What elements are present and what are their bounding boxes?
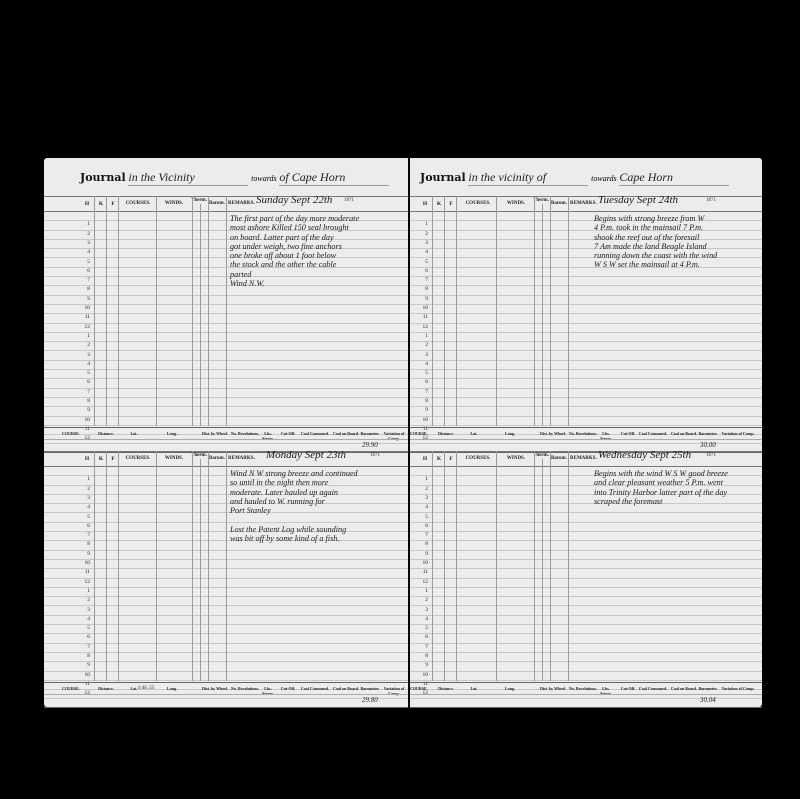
hour-number: 10	[410, 305, 428, 311]
hour-number: 1	[410, 588, 428, 594]
column-label: Coal Consumed.	[300, 431, 330, 436]
col-remarks: REMARKS.	[228, 201, 252, 206]
hour-number: 6	[44, 634, 90, 640]
hour-number: 10	[44, 672, 90, 678]
hour-number: 4	[44, 361, 90, 367]
entry-date: Wednesday Sept 25th	[598, 449, 691, 461]
remark-line: running down the coast with the wind	[594, 251, 717, 260]
hour-number: 8	[44, 653, 90, 659]
column-label: Long.	[162, 686, 182, 691]
column-label: Coal on Board.	[332, 686, 360, 691]
column-divider	[208, 451, 209, 681]
hour-number: 4	[44, 249, 90, 255]
hour-number: 7	[44, 644, 90, 650]
hour-number: 6	[410, 379, 428, 385]
column-label: Dist. by Wheel.	[538, 431, 568, 436]
column-label: COURSES.	[460, 456, 496, 461]
hour-number: 12	[410, 579, 428, 585]
remark-line: 4 P.m. took in the mainsail 7 P.m.	[594, 223, 717, 232]
column-label: H	[420, 456, 430, 462]
hour-number: 7	[410, 389, 428, 395]
column-divider	[534, 196, 535, 426]
title-towards: towards	[591, 174, 617, 183]
remark-line: moderate. Later hauled up again	[230, 488, 358, 497]
hour-number: 7	[410, 644, 428, 650]
hour-number: 6	[44, 523, 90, 529]
column-label: Cut-Off.	[278, 431, 298, 436]
entry-date: Tuesday Sept 24th	[598, 194, 678, 206]
remark-line: Begins with strong breeze from W	[594, 214, 717, 223]
column-divider	[456, 451, 457, 681]
column-label: Barom.	[208, 456, 226, 461]
hour-number: 7	[44, 277, 90, 283]
column-label: Lat.	[464, 431, 484, 436]
column-label: Barom.	[550, 456, 568, 461]
column-label: Coal on Board.	[670, 431, 698, 436]
hour-number: 5	[44, 625, 90, 631]
column-label: H	[420, 201, 430, 207]
column-label: Long.	[500, 431, 520, 436]
hour-number: 1	[410, 221, 428, 227]
column-divider	[496, 451, 497, 681]
remark-line: shook the reef out of the foresail	[594, 233, 717, 242]
remark-line: Lost the Patent Log while sounding	[230, 525, 358, 534]
column-label: WINDS.	[498, 201, 534, 206]
column-divider	[444, 451, 445, 681]
remark-line	[230, 515, 358, 524]
hour-number: 8	[44, 398, 90, 404]
column-label: No. Revolutions.	[230, 686, 260, 691]
hour-number: 1	[410, 476, 428, 482]
column-label: Distance.	[434, 431, 458, 436]
hour-number: 9	[410, 407, 428, 413]
column-divider	[432, 451, 433, 681]
column-divider	[550, 196, 551, 426]
hour-number: 8	[410, 286, 428, 292]
hour-number: 3	[410, 240, 428, 246]
column-divider	[550, 451, 551, 681]
journal-label: Journal	[80, 171, 126, 184]
title-destination: of Cape Horn	[279, 170, 345, 184]
remark-line: Port Stanley	[230, 506, 358, 515]
hour-number: 7	[410, 277, 428, 283]
column-label: F	[108, 456, 118, 462]
hour-number: 2	[44, 231, 90, 237]
hour-number: 11	[44, 569, 90, 575]
column-label: REMARKS.	[570, 456, 594, 461]
hour-number: 9	[44, 662, 90, 668]
column-label: F	[446, 456, 456, 462]
remark-line: and clear pleasant weather 5 P.m. went	[594, 478, 728, 487]
hour-number: 8	[410, 541, 428, 547]
latitude-value: S 46. 55	[138, 686, 154, 691]
column-label: No. Revolutions.	[230, 431, 260, 436]
column-label: COURSE.	[56, 686, 86, 691]
remark-line: Wind N W strong breeze and continued	[230, 469, 358, 478]
hour-number: 7	[410, 532, 428, 538]
column-divider	[226, 451, 227, 681]
title-destination: Cape Horn	[619, 170, 673, 184]
hour-number: 6	[44, 268, 90, 274]
remark-line: so until in the night then more	[230, 478, 358, 487]
hour-number: 1	[410, 333, 428, 339]
remark-line: into Trinity Harbor latter part of the d…	[594, 488, 728, 497]
column-divider	[106, 451, 107, 681]
daily-summary-row: COURSE. Distance. Lat. Long. Dist. by Wh…	[44, 682, 408, 708]
column-label: F	[446, 201, 456, 207]
hour-number: 11	[44, 314, 90, 320]
hour-number: 3	[44, 240, 90, 246]
remark-line: scraped the foremast	[594, 497, 728, 506]
hour-number: 1	[44, 476, 90, 482]
hour-number: 10	[44, 417, 90, 423]
hour-number: 5	[410, 625, 428, 631]
remark-line: Wind N.W.	[230, 279, 359, 288]
entry-date: Monday Sept 23th	[266, 449, 346, 461]
column-label: Long.	[500, 686, 520, 691]
hour-number: 12	[44, 324, 90, 330]
col-f: F	[108, 201, 118, 207]
column-divider	[118, 451, 119, 681]
column-label: No. Revolutions.	[568, 431, 598, 436]
entry-remarks: The first part of the day more moderate …	[230, 214, 359, 288]
daily-summary-row: COURSE. Distance. Lat. Long. Dist. by Wh…	[410, 682, 762, 708]
column-label: Coal Consumed.	[300, 686, 330, 691]
remark-line: 7 Am made the land Beagle Island	[594, 242, 717, 251]
remark-line: The first part of the day more moderate	[230, 214, 359, 223]
hour-number: 4	[410, 504, 428, 510]
hour-number: 6	[410, 634, 428, 640]
column-divider	[94, 451, 95, 681]
hour-number: 9	[410, 662, 428, 668]
col-barom: Barom.	[208, 201, 226, 206]
hour-number: 4	[410, 616, 428, 622]
column-label: COURSE.	[410, 431, 424, 436]
remark-line: and hauled to W. running for	[230, 497, 358, 506]
column-label: Barometer.	[360, 431, 380, 436]
column-label: Coal Consumed.	[638, 686, 668, 691]
column-label: Dist. by Wheel.	[538, 686, 568, 691]
hour-number: 9	[44, 551, 90, 557]
hour-number: 3	[44, 495, 90, 501]
hour-number: 2	[410, 597, 428, 603]
hour-number: 3	[410, 352, 428, 358]
column-divider	[496, 196, 497, 426]
page-title: Journal in the Vicinity towards of Cape …	[80, 170, 398, 190]
hour-number: 2	[410, 486, 428, 492]
hour-number: 9	[44, 407, 90, 413]
hour-number: 6	[410, 268, 428, 274]
hour-number: 3	[410, 495, 428, 501]
hour-number: 5	[44, 259, 90, 265]
remark-line: most ashore Killed 150 seal brought	[230, 223, 359, 232]
column-label: H	[82, 456, 92, 462]
column-label: Cut-Off.	[618, 431, 638, 436]
hour-number: 4	[44, 616, 90, 622]
hour-number: 5	[410, 259, 428, 265]
hour-number: 1	[44, 588, 90, 594]
column-divider	[456, 196, 457, 426]
right-page: Journal in the vicinity of towards Cape …	[410, 158, 762, 707]
hour-number: 7	[44, 389, 90, 395]
hour-number: 5	[410, 514, 428, 520]
hour-number: 4	[44, 504, 90, 510]
column-divider	[94, 196, 95, 426]
column-label: COURSES.	[120, 456, 156, 461]
column-label: Barometer.	[698, 431, 718, 436]
column-divider	[208, 196, 209, 426]
column-divider	[432, 196, 433, 426]
column-divider	[444, 196, 445, 426]
remark-line: one broke off about 1 foot below	[230, 251, 359, 260]
hour-number: 8	[410, 398, 428, 404]
hour-number: 2	[44, 597, 90, 603]
column-divider	[542, 459, 543, 681]
col-k: K	[96, 201, 106, 207]
column-label: Lat.	[124, 431, 144, 436]
entry-year: 1871	[370, 453, 380, 458]
hour-number: 2	[44, 342, 90, 348]
col-courses: COURSES.	[120, 201, 156, 206]
column-label: K	[434, 456, 444, 462]
barometer-value: 30.04	[700, 696, 716, 704]
column-label: K	[434, 201, 444, 207]
remark-line: the stock and the other the cable	[230, 260, 359, 269]
column-label: WINDS.	[498, 456, 534, 461]
column-label: Distance.	[94, 431, 118, 436]
column-divider	[542, 204, 543, 426]
entry-year: 1871	[706, 198, 716, 203]
hour-number: 4	[410, 361, 428, 367]
column-divider	[200, 204, 201, 426]
hour-number: 4	[410, 249, 428, 255]
hour-number: 2	[410, 342, 428, 348]
column-label: Cut-Off.	[278, 686, 298, 691]
remark-line: parted	[230, 270, 359, 279]
column-label: Variation of Comp.	[720, 431, 756, 436]
hour-number: 12	[44, 579, 90, 585]
barometer-value: 30.00	[700, 441, 716, 449]
column-label: Dist. by Wheel.	[200, 431, 230, 436]
column-divider	[192, 451, 193, 681]
entry-remarks: Wind N W strong breeze and continued so …	[230, 469, 358, 543]
hour-number: 10	[410, 417, 428, 423]
hour-number: 10	[44, 560, 90, 566]
remark-line: on board. Latter part of the day	[230, 233, 359, 242]
left-page: Journal in the Vicinity towards of Cape …	[44, 158, 408, 707]
column-label: Coal on Board.	[332, 431, 360, 436]
hour-number: 9	[410, 551, 428, 557]
column-label: Barom.	[550, 201, 568, 206]
column-label: COURSE.	[410, 686, 424, 691]
hour-number: 2	[44, 486, 90, 492]
hour-number: 6	[410, 523, 428, 529]
hour-number: 8	[44, 286, 90, 292]
column-divider	[200, 459, 201, 681]
barometer-value: 29.80	[362, 696, 378, 704]
column-label: Variation of Comp.	[720, 686, 756, 691]
column-label: Coal Consumed.	[638, 431, 668, 436]
column-label: Distance.	[94, 686, 118, 691]
column-label: Long.	[162, 431, 182, 436]
column-label: Cut-Off.	[618, 686, 638, 691]
remark-line: Begins with the wind W S W good breeze	[594, 469, 728, 478]
hour-number: 3	[44, 607, 90, 613]
hour-number: 8	[410, 653, 428, 659]
hour-number: 11	[410, 314, 428, 320]
hour-number: 6	[44, 379, 90, 385]
hour-number: 3	[410, 607, 428, 613]
hour-number: 5	[44, 514, 90, 520]
hour-number: 11	[410, 569, 428, 575]
column-label: Coal on Board.	[670, 686, 698, 691]
hour-number: 8	[44, 541, 90, 547]
column-label: K	[96, 456, 106, 462]
hour-number: 10	[410, 560, 428, 566]
column-divider	[156, 451, 157, 681]
column-label: COURSE.	[56, 431, 86, 436]
title-towards: towards	[251, 174, 277, 183]
hour-number: 1	[44, 333, 90, 339]
daily-summary-row: COURSE. Distance. Lat. Long. Dist. by Wh…	[410, 427, 762, 453]
entry-date: Sunday Sept 22th	[256, 194, 332, 206]
hour-number: 2	[410, 231, 428, 237]
column-label: Lat.	[464, 686, 484, 691]
col-h: H	[82, 201, 92, 207]
remark-line: was bit off by some kind of a fish.	[230, 534, 358, 543]
column-divider	[192, 196, 193, 426]
col-winds: WINDS.	[156, 201, 192, 206]
column-label: Barometer.	[360, 686, 380, 691]
hour-number: 5	[44, 370, 90, 376]
daily-summary-row: COURSE. Distance. Lat. Long. Dist. by Wh…	[44, 427, 408, 453]
hour-number: 9	[44, 296, 90, 302]
hour-number: 9	[410, 296, 428, 302]
title-from: in the vicinity of	[468, 170, 546, 184]
entry-remarks: Begins with the wind W S W good breeze a…	[594, 469, 728, 506]
column-divider	[156, 196, 157, 426]
column-divider	[118, 196, 119, 426]
entry-year: 1871	[344, 198, 354, 203]
page-title: Journal in the vicinity of towards Cape …	[420, 170, 752, 190]
column-divider	[226, 196, 227, 426]
journal-label: Journal	[420, 171, 466, 184]
column-label: REMARKS.	[228, 456, 252, 461]
hour-number: 1	[44, 221, 90, 227]
hour-number: 7	[44, 532, 90, 538]
remark-line: W S W set the mainsail at 4 P.m.	[594, 260, 717, 269]
hour-number: 3	[44, 352, 90, 358]
column-divider	[568, 451, 569, 681]
hour-number: 10	[410, 672, 428, 678]
hour-number: 10	[44, 305, 90, 311]
column-label: COURSES.	[460, 201, 496, 206]
hour-number: 5	[410, 370, 428, 376]
column-divider	[106, 196, 107, 426]
column-label: Dist. by Wheel.	[200, 686, 230, 691]
entry-remarks: Begins with strong breeze from W 4 P.m. …	[594, 214, 717, 270]
column-label: REMARKS.	[570, 201, 594, 206]
column-label: Barometer.	[698, 686, 718, 691]
entry-year: 1871	[706, 453, 716, 458]
column-label: No. Revolutions.	[568, 686, 598, 691]
column-label: WINDS.	[156, 456, 192, 461]
column-divider	[534, 451, 535, 681]
column-label: Distance.	[434, 686, 458, 691]
hour-number: 12	[410, 324, 428, 330]
column-divider	[568, 196, 569, 426]
remark-line: got under weigh, two fine anchors	[230, 242, 359, 251]
title-from: in the Vicinity	[128, 170, 194, 184]
barometer-value: 29.90	[362, 441, 378, 449]
